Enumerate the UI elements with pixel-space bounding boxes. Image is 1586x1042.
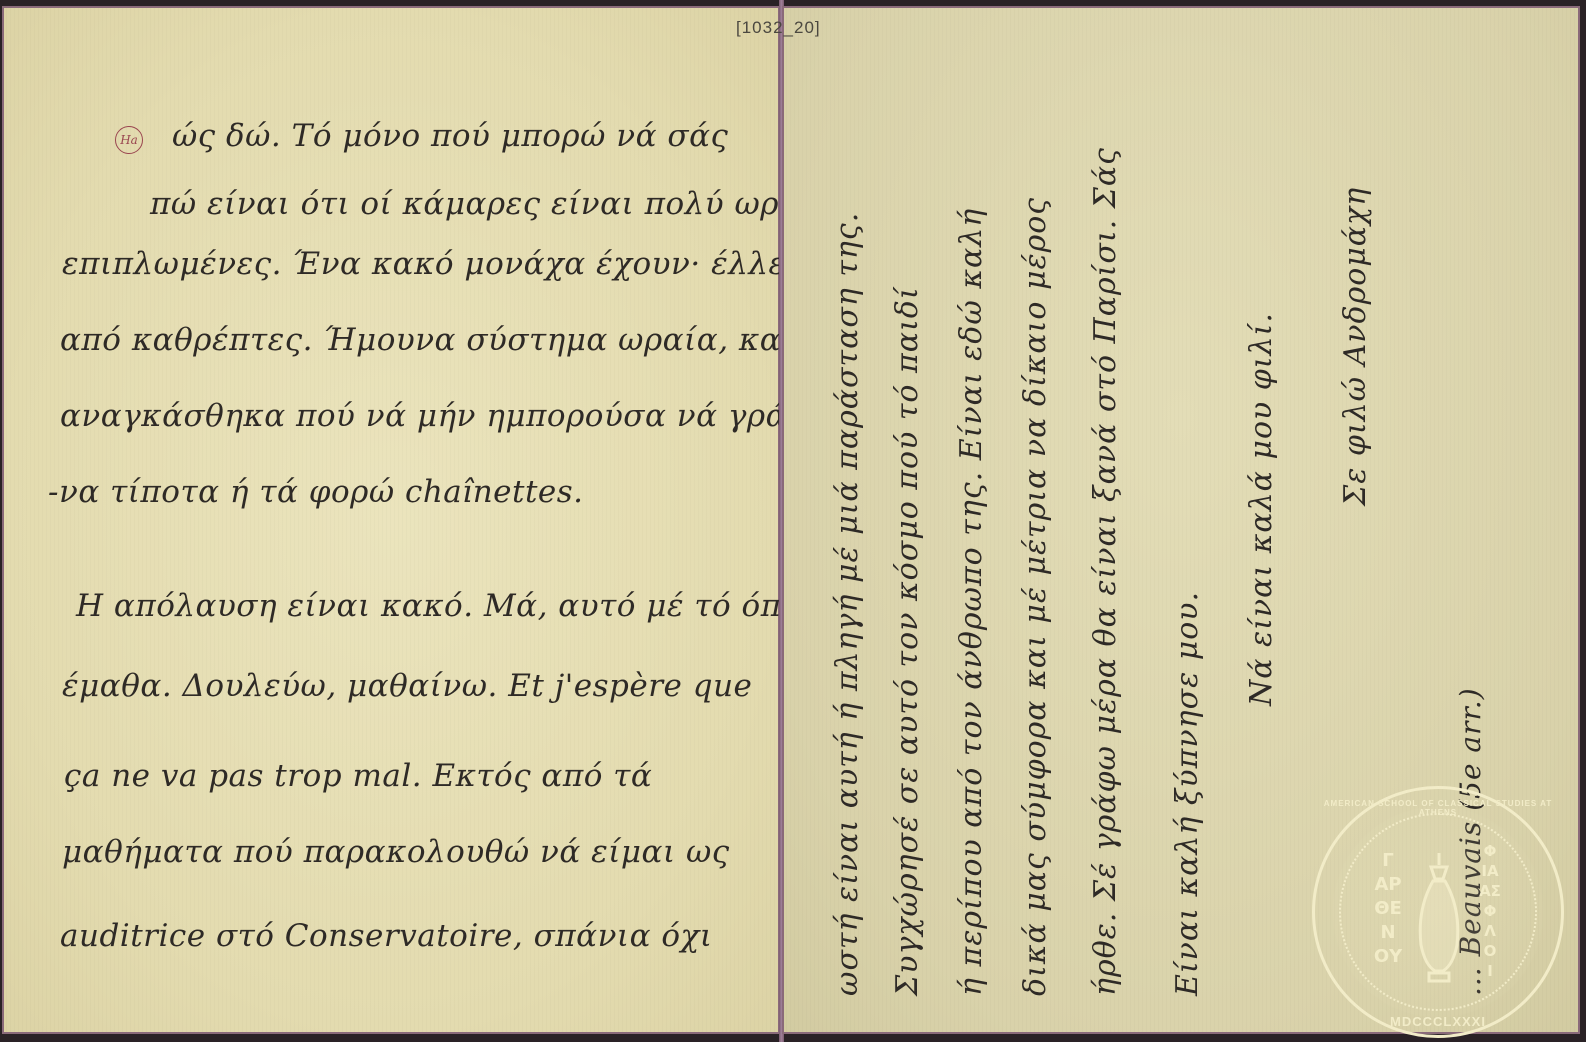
letter-line-1: ώς δώ. Τό μόνο πού μπορώ νά σάς: [172, 118, 728, 154]
institution-seal: AMERICAN SCHOOL OF CLASSICAL STUDIES AT …: [1312, 786, 1564, 1038]
letter-vertical-line-3: ή περίπου από τον άνθρωπο της. Είναι εδώ…: [954, 208, 989, 996]
letter-vertical-line-6: Είναι καλή ξύπνησε μου.: [1170, 591, 1205, 996]
scanned-letter: Ha ώς δώ. Τό μόνο πού μπορώ νά σάς πώ εί…: [0, 0, 1586, 1042]
signature: Σε φιλώ Ανδρομάχη: [1338, 187, 1373, 506]
letter-line-5: αναγκάσθηκα πού νά μήν ημπορούσα νά γράψ…: [60, 398, 838, 434]
letter-line-10: μαθήματα πού παρακολουθώ νά είμαι ως: [62, 834, 730, 870]
letter-vertical-line-5: ήρθε. Σέ γράφω μέρα θα είναι ξανά στό Πα…: [1088, 147, 1123, 996]
letter-line-3: επιπλωμένες. Ένα κακό μονάχα έχουν· έλλε…: [62, 246, 842, 282]
letter-line-8: έμαθα. Δουλεύω, μαθαίνω. Et j'espère que: [62, 668, 752, 704]
seal-year: MDCCCLXXXI: [1315, 1014, 1561, 1029]
letter-line-2: πώ είναι ότι οί κάμαρες είναι πολύ ωραία: [150, 186, 835, 222]
letter-vertical-line-1: ωστή είναι αυτή ή πληγή μέ μιά παράσταση…: [830, 212, 865, 996]
letter-line-7: Η απόλαυση είναι κακό. Μά, αυτό μέ τό όπ…: [76, 588, 852, 624]
seal-greek-right: Φ ΙΑ ΑΣ Φ Λ Ο Ι: [1475, 841, 1505, 981]
letter-line-6: -να τίποτα ή τά φορώ chaînettes.: [48, 474, 584, 510]
seal-greek-left: Γ ΑΡ ΘΕ Ν ΟΥ: [1373, 849, 1403, 969]
amphora-icon: [1413, 849, 1465, 989]
letter-vertical-line-2: Συγχώρησέ σε αυτό τον κόσμο πού τό παιδί: [890, 286, 925, 996]
seal-institution-text: AMERICAN SCHOOL OF CLASSICAL STUDIES AT …: [1315, 799, 1561, 817]
letter-vertical-line-7: Νά είναι καλά μου φιλί.: [1244, 312, 1279, 706]
letter-line-9: ça ne va pas trop mal. Εκτός από τά: [64, 758, 652, 794]
letter-line-4: από καθρέπτες. Ήμουνα σύστημα ωραία, και: [60, 322, 794, 358]
letter-vertical-line-4: δικά μας σύμφορα και μέ μέτρια να δίκαιο…: [1018, 197, 1053, 996]
archive-reference: [1032_20]: [736, 18, 821, 38]
letter-line-11: auditrice στό Conservatoire, σπάνια όχι: [60, 918, 712, 954]
left-page: Ha ώς δώ. Τό μόνο πού μπορώ νά σάς πώ εί…: [2, 6, 780, 1034]
monogram-stamp: Ha: [115, 126, 143, 154]
